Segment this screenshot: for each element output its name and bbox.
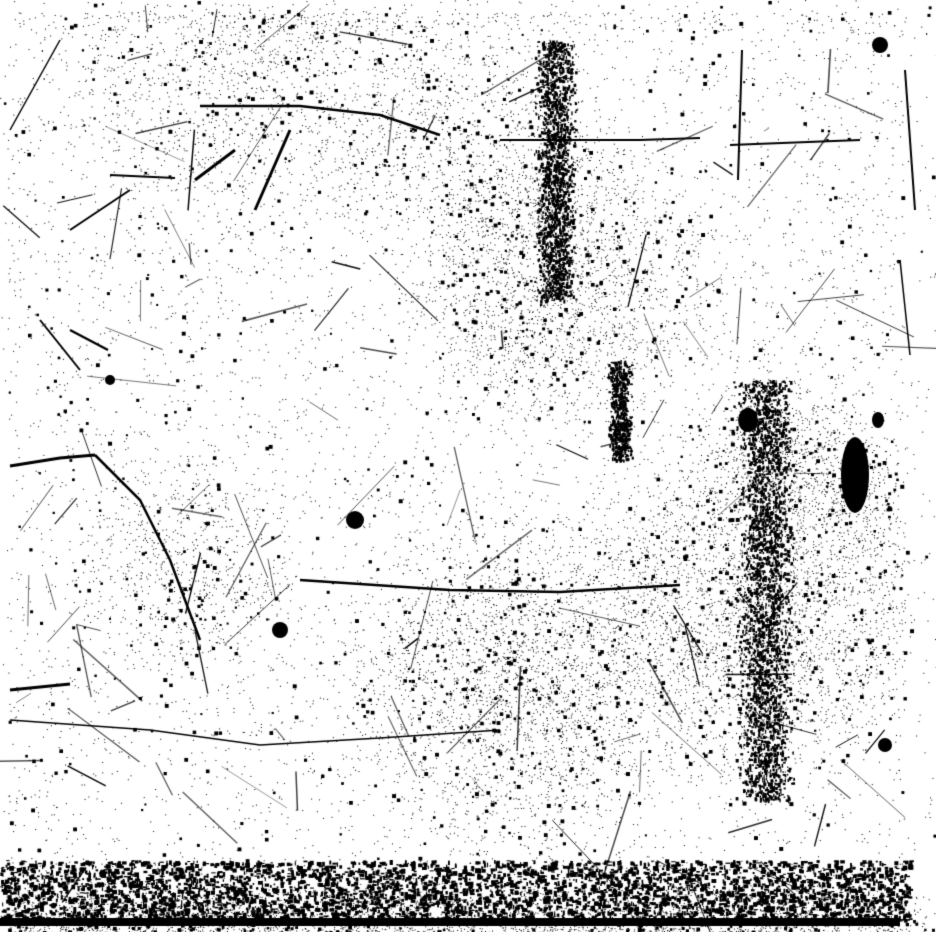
texture-canvas [0,0,936,932]
